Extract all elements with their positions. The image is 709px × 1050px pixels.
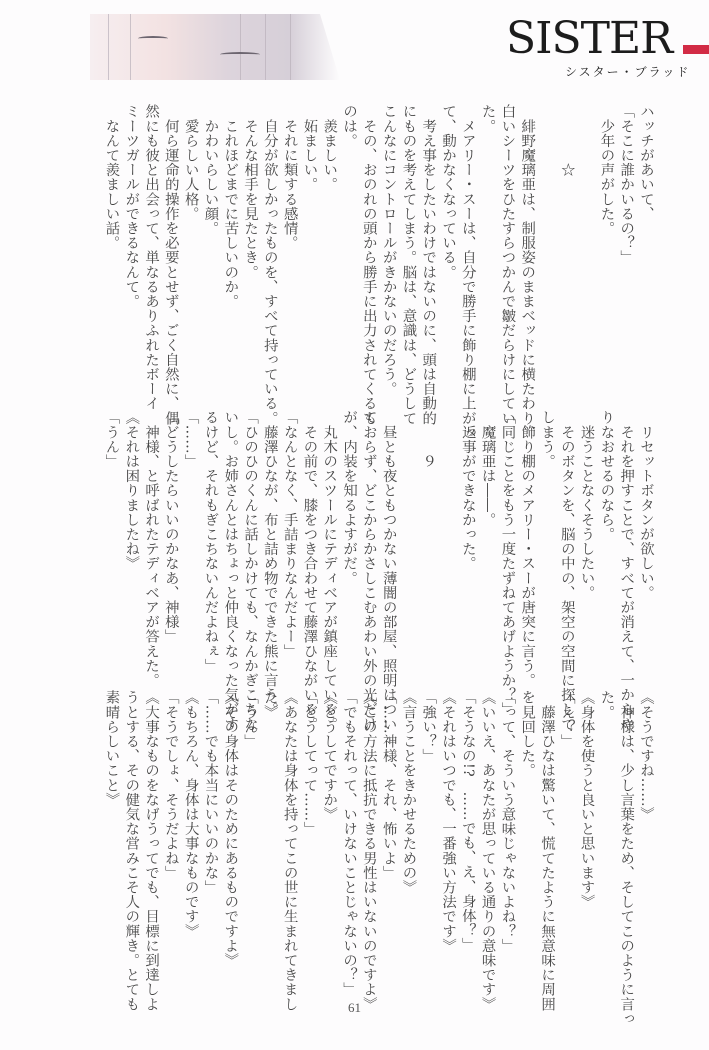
text-line: 丸木のスツールにテディベアが鎮座している。 <box>318 410 338 731</box>
text-line: それを押すことで、すべてが消えて、一からや <box>615 410 635 731</box>
text-line: 《その身体はそのためにあるものですよ》 <box>219 690 239 967</box>
hair-line <box>290 14 291 80</box>
hair-line <box>108 14 109 80</box>
text-line: 妬ましい。 <box>299 104 319 192</box>
text-line: 《言うことをきかせるための》 <box>398 690 418 894</box>
text-line: なんて羨ましい話。 <box>101 104 121 250</box>
text-line: 「どうしたらいいのかなあ、神様」 <box>160 410 180 644</box>
text-line: 《あなたは身体を持ってこの世に生まれてきまし <box>279 690 299 1011</box>
text-line: 素晴らしいこと》 <box>101 690 121 807</box>
text-line: 「なんとなく、手詰まりなんだよー」 <box>279 410 299 658</box>
text-line <box>536 104 556 119</box>
header-illustration <box>90 14 340 80</box>
book-logo: SISTER シスター・ブラッド <box>506 16 706 76</box>
text-line: その前で、膝をつき合わせて藤澤ひながいる。 <box>299 410 319 731</box>
text-line: 藤澤ひなが、布と詰め物でできた熊に言う。 <box>259 410 279 717</box>
text-line: た》 <box>259 690 279 719</box>
text-line: 考え事をしたいわけではないのに、頭は自動的 <box>417 104 437 425</box>
text-line: 「でもそれって、いけないことじゃないの？」 <box>338 690 358 997</box>
text-line: ミーツガールができるなんて。 <box>120 104 140 308</box>
text-line: それに類する感情。 <box>279 104 299 250</box>
text-line: 愛らしい人格。 <box>180 104 200 221</box>
text-line: 然にも彼と出会って、単なるありふれたボーイ <box>140 104 160 411</box>
text-line: そんな相手を見たとき。 <box>239 104 259 279</box>
text-line: 飾り棚のメアリー・スーが唐突に言う。 <box>516 410 536 687</box>
text-line <box>437 410 457 425</box>
logo-subtitle: シスター・ブラッド <box>565 63 690 80</box>
text-line: しまう。 <box>536 410 556 468</box>
text-line: 「……」 <box>180 410 200 468</box>
eyelash-icon <box>220 52 260 57</box>
text-line: リセットボタンが欲しい。 <box>635 410 655 600</box>
text-line <box>576 104 596 119</box>
text-line: にものを考えてしまう。脳は、意識は、どうして <box>398 104 418 425</box>
text-block-middle: リセットボタンが欲しい。 それを押すことで、すべてが消えて、一からやりなおせるの… <box>101 410 655 680</box>
text-line: 《もちろん、身体は大事なものです》 <box>180 690 200 938</box>
text-line: 《いいえ、あなたが思っている通りの意味です》 <box>477 690 497 1011</box>
text-line: 「え？」 <box>556 690 576 748</box>
text-line: うとする、その健気な営みこそ人の輝き。とても <box>120 690 140 1011</box>
text-line: が、内装を知るよすがだ。 <box>338 410 358 585</box>
text-line: ハッチがあいて、 <box>635 104 655 221</box>
text-line: 「……でも本当にいいのかな」 <box>200 690 220 894</box>
logo-title: SISTER <box>506 16 672 62</box>
text-line: 神様、と呼ばれたテディベアが答えた。 <box>140 410 160 687</box>
text-line: かわいらしい顔。 <box>200 104 220 235</box>
text-line: 「ひのひのくんに話しかけても、なんかぎこちな <box>239 410 259 731</box>
chapter-number: ９ <box>417 410 437 468</box>
text-line: その、おのれの頭から勝手に出力されてくるも <box>358 104 378 425</box>
text-line: 「って、そういう意味じゃないよね？」 <box>497 690 517 953</box>
text-line: た。 <box>596 690 616 719</box>
text-line: こんなにコントロールがきかないのだろう。 <box>378 104 398 396</box>
text-line: た。 <box>477 104 497 133</box>
eyelash-icon <box>138 36 168 41</box>
text-line: そのボタンを、脳の中の、架空の空間に探して <box>556 410 576 731</box>
text-line: 「どうしてって……」 <box>299 690 319 836</box>
text-line: 《それはいつでも、一番強い方法です》 <box>437 690 457 953</box>
text-line: のは。 <box>338 104 358 148</box>
text-line: 羨ましい。 <box>318 104 338 192</box>
text-line: 返事ができなかった。 <box>457 410 477 571</box>
text-block-top: ハッチがあいて、「そこに誰かいるの？」 少年の声がした。 ☆ 緋野魔璃亜は、制服… <box>101 104 655 384</box>
text-line: 「そこに誰かいるの？」 <box>615 104 635 265</box>
text-line: 「うん」 <box>101 410 121 468</box>
text-line: を見回した。 <box>516 690 536 778</box>
text-line: 「同じことをもう一度たずねてあげようか？」 <box>497 410 517 717</box>
text-line: 自分が欲しかったものを、すべて持っている。 <box>259 104 279 425</box>
text-line: 《この方法に抵抗できる男性はいないのですよ》 <box>358 690 378 1011</box>
text-block-bottom: 《そうですね……》 神様は、少し言葉をため、そしてこのように言った。《身体を使う… <box>101 690 655 980</box>
text-line <box>398 410 418 425</box>
text-line: りなおせるのなら。 <box>596 410 616 541</box>
text-line: ておらず、どこからかさしこむあわい外の光だけ <box>358 410 378 731</box>
hair-line <box>240 14 241 80</box>
hair-line <box>130 14 131 80</box>
text-line: 《大事なものをなげうってでも、目標に到達しよ <box>140 690 160 1011</box>
text-line: 神様は、少し言葉をため、そしてこのように言っ <box>615 690 635 1026</box>
text-line: 《身体を使うと良いと思います》 <box>576 690 596 909</box>
text-line: 「そうでしょ、そうだよね」 <box>160 690 180 880</box>
text-line: 《そうですね……》 <box>635 690 655 821</box>
section-break-star: ☆ <box>556 104 576 177</box>
text-line: 「うん」 <box>239 690 259 748</box>
text-line: るけど、それもぎこちないんだよねぇ」 <box>200 410 220 673</box>
text-line: メアリー・スーは、自分で勝手に飾り棚に上がっ <box>457 104 477 440</box>
text-line: 何ら運命的操作を必要とせず、ごく自然に、偶 <box>160 104 180 425</box>
logo-accent-bar <box>683 45 709 54</box>
text-line: これほどまでに苦しいのか。 <box>219 104 239 308</box>
text-line: 魔璃亜は――。 <box>477 410 497 527</box>
page-number: 61 <box>0 1000 709 1016</box>
text-line: 《どうしてですか》 <box>318 690 338 821</box>
hair-line <box>265 14 266 80</box>
text-line: 緋野魔璃亜は、制服姿のままベッドに横たわり、 <box>516 104 536 440</box>
text-line: 「そうなの!? ……でも、え、身体？」 <box>457 690 477 952</box>
text-line: いし。お姉さんとはちょっと仲良くなった気がす <box>219 410 239 731</box>
text-line: 白いシーツをひたすらつかんで皺だらけにしてい <box>497 104 517 425</box>
text-line: て、動かなくなっている。 <box>437 104 457 279</box>
text-line: 迷うことなくそうしたい。 <box>576 410 596 600</box>
text-line: 昼とも夜ともつかない薄闇の部屋、照明はつい <box>378 410 398 731</box>
text-line: 「……神様、それ、怖いよ」 <box>378 690 398 880</box>
text-line: 「強い？」 <box>417 690 437 763</box>
text-line: 少年の声がした。 <box>596 104 616 235</box>
text-line: 藤澤ひなは驚いて、慌てたように無意味に周囲 <box>536 690 556 1011</box>
text-line: 《それは困りましたね》 <box>120 410 140 571</box>
